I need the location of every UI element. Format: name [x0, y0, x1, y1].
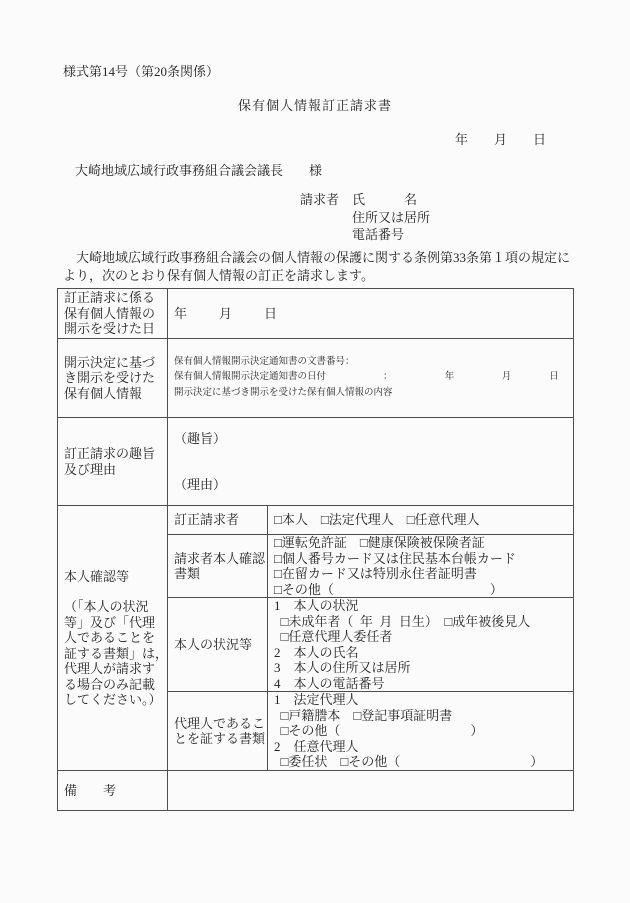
date-line: 年 月 日	[455, 129, 546, 148]
principal-status-label-cell: 本人の状況等	[168, 598, 268, 692]
requester-label: 請求者	[300, 189, 339, 208]
proxy-documents-value-cell: 1 法定代理人 □戸籍謄本 □登記事項証明書 □その他（ ）2 任意代理人 □委…	[268, 692, 574, 771]
identity-title-spacer	[64, 584, 161, 599]
claimant-value-cell: □本人 □法定代理人 □任意代理人	[268, 506, 574, 535]
identity-label-cell: 本人確認等 （「本人の状況等」及び「代理人であることを証する書類」は，代理人が請…	[58, 506, 168, 771]
addressee-line: 大崎地域広域行政事務組合議会議長 様	[75, 160, 322, 179]
requester-phone-label: 電話番号	[352, 224, 404, 243]
remarks-value-cell	[168, 771, 574, 811]
identity-note: （「本人の状況等」及び「代理人であることを証する書類」は，代理人が請求する場合の…	[64, 599, 161, 708]
request-form-table: 訂正請求に係る保有個人情報の開示を受けた日 年 月 日 開示決定に基づき開示を受…	[57, 288, 574, 811]
intro-paragraph: 大崎地域広域行政事務組合議会の個人情報の保護に関する条例第33条第１項の規定によ…	[63, 249, 570, 284]
id-documents-value-cell: □運転免許証 □健康保険被保険者証□個人番号カード又は住民基本台帳カード□在留カ…	[268, 535, 574, 598]
disclosed-info-label-cell: 開示決定に基づき開示を受けた保有個人情報	[58, 339, 168, 418]
purpose-value-cell: （趣旨）（理由）	[168, 418, 574, 506]
document-page: 様式第14号（第20条関係） 保有個人情報訂正請求書 年 月 日 大崎地域広域行…	[0, 0, 630, 903]
form-number: 様式第14号（第20条関係）	[63, 61, 219, 80]
purpose-label-cell: 訂正請求の趣旨及び理由	[58, 418, 168, 506]
id-documents-label-cell: 請求者本人確認書類	[168, 535, 268, 598]
remarks-label-cell: 備 考	[58, 771, 168, 811]
principal-status-value-cell: 1 本人の状況 □未成年者（ 年 月 日生） □成年被後見人 □任意代理人委任者…	[268, 598, 574, 692]
requester-name-label: 氏 名	[352, 189, 417, 208]
disclosure-date-value-cell: 年 月 日	[168, 289, 574, 339]
disclosure-date-label-cell: 訂正請求に係る保有個人情報の開示を受けた日	[58, 289, 168, 339]
document-title: 保有個人情報訂正請求書	[0, 95, 630, 114]
identity-title: 本人確認等	[64, 569, 161, 585]
claimant-label-cell: 訂正請求者	[168, 506, 268, 535]
proxy-documents-label-cell: 代理人であることを証する書類	[168, 692, 268, 771]
disclosed-info-value-cell: 保有個人情報開示決定通知書の文書番号：保有個人情報開示決定通知書の日付 ： 年 …	[168, 339, 574, 418]
